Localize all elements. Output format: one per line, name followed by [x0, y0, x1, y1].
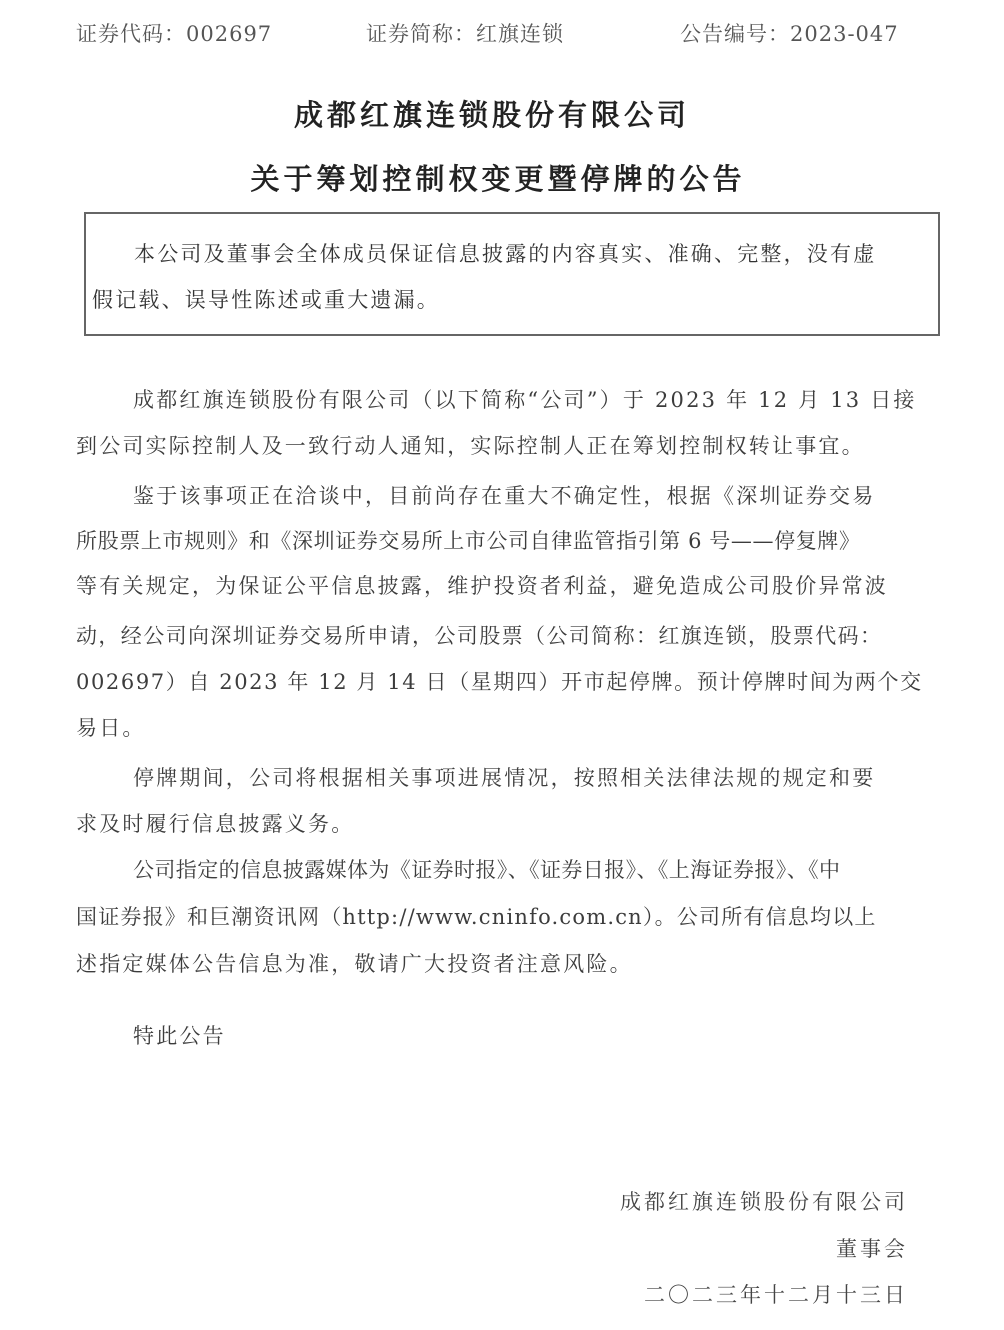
paragraph-4-line: 述指定媒体公告信息为准，敬请广大投资者注意风险。: [76, 948, 633, 978]
security-short-name: 证券简称：红旗连锁: [366, 18, 564, 48]
paragraph-1-line: 到公司实际控制人及一致行动人通知，实际控制人正在筹划控制权转让事宜。: [76, 430, 865, 460]
signature-date: 二〇二三年十二月十三日: [644, 1279, 908, 1309]
paragraph-2-line: 鉴于该事项正在洽谈中，目前尚存在重大不确定性，根据《深圳证券交易: [133, 480, 875, 510]
announcement-page: 证券代码：002697 证券简称：红旗连锁 公告编号：2023-047 成都红旗…: [0, 0, 1004, 1330]
paragraph-2-line: 002697）自 2023 年 12 月 14 日（星期四）开市起停牌。预计停牌…: [76, 666, 923, 696]
paragraph-2-line: 等有关规定，为保证公平信息披露，维护投资者利益，避免造成公司股价异常波: [76, 570, 888, 600]
security-code: 证券代码：002697: [76, 18, 272, 48]
paragraph-4-line: 国证券报》和巨潮资讯网（http://www.cninfo.com.cn）。公司…: [76, 901, 877, 931]
notice-line: 假记载、误导性陈述或重大遗漏。: [92, 284, 440, 314]
disclosure-guarantee-box: 本公司及董事会全体成员保证信息披露的内容真实、准确、完整，没有虚 假记载、误导性…: [84, 212, 940, 336]
paragraph-2-line: 易日。: [76, 712, 146, 742]
notice-line: 本公司及董事会全体成员保证信息披露的内容真实、准确、完整，没有虚: [134, 238, 876, 268]
paragraph-1-line: 成都红旗连锁股份有限公司（以下简称“公司”）于 2023 年 12 月 13 日…: [133, 384, 917, 414]
signature-company: 成都红旗连锁股份有限公司: [620, 1186, 908, 1216]
announcement-subject-title: 关于筹划控制权变更暨停牌的公告: [6, 157, 990, 198]
document-header: 证券代码：002697 证券简称：红旗连锁 公告编号：2023-047: [76, 18, 916, 54]
announcement-number: 公告编号：2023-047: [680, 18, 899, 48]
paragraph-2-line: 所股票上市规则》和《深圳证券交易所上市公司自律监管指引第 6 号——停复牌》: [76, 525, 861, 555]
company-title: 成都红旗连锁股份有限公司: [0, 93, 984, 134]
paragraph-3-line: 求及时履行信息披露义务。: [76, 808, 354, 838]
closing-statement: 特此公告: [133, 1020, 226, 1050]
paragraph-3-line: 停牌期间，公司将根据相关事项进展情况，按照相关法律法规的规定和要: [133, 762, 875, 792]
paragraph-4-line: 公司指定的信息披露媒体为《证券时报》、《证券日报》、《上海证券报》、《中: [133, 854, 840, 884]
paragraph-2-line: 动，经公司向深圳证券交易所申请，公司股票（公司简称：红旗连锁，股票代码：: [76, 620, 882, 650]
signature-board: 董事会: [836, 1233, 908, 1263]
